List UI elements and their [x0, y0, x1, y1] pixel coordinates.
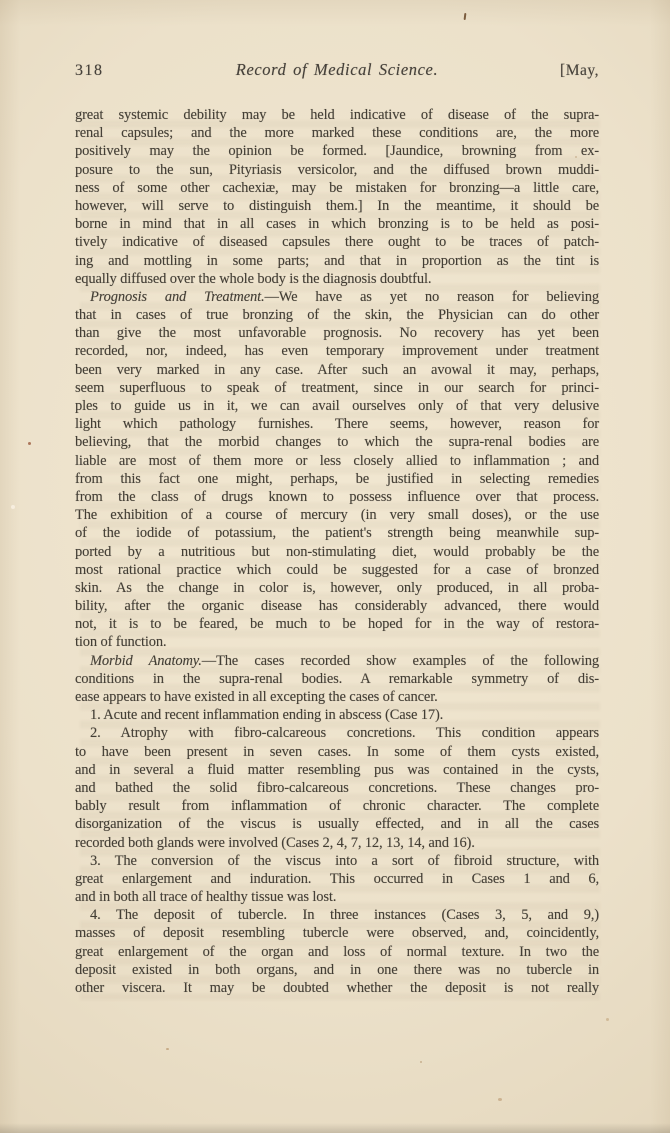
text-line: 2. Atrophy with fibro-calcareous concret… [75, 724, 599, 742]
text-line: Prognosis and Treatment.—We have as yet … [75, 288, 599, 306]
text-line: great enlargement of the organ and loss … [75, 943, 599, 961]
paragraph: 3. The conversion of the viscus into a s… [75, 852, 599, 907]
text-line: and in several a fluid matter resembling… [75, 761, 599, 779]
paper-speck [420, 1061, 422, 1063]
scanned-page-background: 318 Record of Medical Science. [May, gre… [0, 0, 670, 1133]
text-line: recorded both glands were involved (Case… [75, 834, 599, 852]
paper-speck [498, 1098, 502, 1101]
text-line: than give the most unfavorable prognosis… [75, 324, 599, 342]
text-line: masses of deposit resembling tubercle we… [75, 924, 599, 942]
issue-month-label: [May, [560, 62, 599, 80]
page-number: 318 [75, 62, 104, 80]
text-line: from this fact one might, perhaps, be ju… [75, 470, 599, 488]
text-line: great enlargement and induration. This o… [75, 870, 599, 888]
text-line: tively indicative of diseased capsules t… [75, 233, 599, 251]
text-line: most rational practice which could be su… [75, 561, 599, 579]
paragraph: great systemic debility may be held indi… [75, 106, 599, 288]
paper-speck [166, 1048, 169, 1050]
text-line: from the class of drugs known to possess… [75, 488, 599, 506]
italic-lead: Prognosis and Treatment. [90, 289, 265, 305]
italic-lead: Morbid Anatomy. [90, 653, 202, 669]
text-line: The exhibition of a course of mercury (i… [75, 506, 599, 524]
text-line: however, will serve to distinguish them.… [75, 197, 599, 215]
text-line: been very marked in any case. After such… [75, 361, 599, 379]
text-line: deposit existed in both organs, and in o… [75, 961, 599, 979]
text-line: believing, that the morbid changes to wh… [75, 433, 599, 451]
page-header: 318 Record of Medical Science. [May, [75, 60, 599, 80]
paragraph: 1. Acute and recent inflammation ending … [75, 706, 599, 724]
text-line: conditions in the supra-renal bodies. A … [75, 670, 599, 688]
text-line: 3. The conversion of the viscus into a s… [75, 852, 599, 870]
paper-speck [11, 505, 15, 509]
text-block: great systemic debility may be held indi… [75, 106, 599, 997]
text-line: seem superfluous to speak of treatment, … [75, 379, 599, 397]
text-line: positively may the opinion be formed. [J… [75, 142, 599, 160]
text-line: great systemic debility may be held indi… [75, 106, 599, 124]
text-line: posure to the sun, Pityriasis versicolor… [75, 161, 599, 179]
text-line: liable are most of them more or less clo… [75, 452, 599, 470]
paragraph: Prognosis and Treatment.—We have as yet … [75, 288, 599, 652]
text-line: light which pathology furnishes. There s… [75, 415, 599, 433]
text-line: borne in mind that in all cases in which… [75, 215, 599, 233]
text-line: that in cases of true bronzing of the sk… [75, 306, 599, 324]
text-line: ported by a nutritious but non-stimulati… [75, 543, 599, 561]
text-line: 1. Acute and recent inflammation ending … [75, 706, 599, 724]
paragraph: 4. The deposit of tubercle. In three ins… [75, 906, 599, 997]
text-line: bility, after the organic disease has co… [75, 597, 599, 615]
ink-mark [464, 13, 467, 20]
text-line: Morbid Anatomy.—The cases recorded show … [75, 652, 599, 670]
text-line: of the iodide of potassium, the patient'… [75, 524, 599, 542]
text-line: equally diffused over the whole body is … [75, 270, 599, 288]
text-line: and bathed the solid fibro-calcareous co… [75, 779, 599, 797]
text-line: disorganization of the viscus is usually… [75, 815, 599, 833]
text-line: recorded, nor, indeed, has even temporar… [75, 342, 599, 360]
text-line: ing and mottling in some parts; and that… [75, 252, 599, 270]
paragraph: 2. Atrophy with fibro-calcareous concret… [75, 724, 599, 851]
paper-speck [606, 1018, 609, 1021]
text-line: to have been present in seven cases. In … [75, 743, 599, 761]
paper-speck [28, 442, 31, 445]
text-line: not, it is to be feared, be much to be h… [75, 615, 599, 633]
text-line: bably result from inflammation of chroni… [75, 797, 599, 815]
text-line: tion of function. [75, 633, 599, 651]
text-line: ples to guide us in it, we can avail our… [75, 397, 599, 415]
paragraph: Morbid Anatomy.—The cases recorded show … [75, 652, 599, 707]
text-line: ease appears to have existed in all exce… [75, 688, 599, 706]
text-line: 4. The deposit of tubercle. In three ins… [75, 906, 599, 924]
text-line: skin. As the change in color is, however… [75, 579, 599, 597]
text-line: and in both all trace of healthy tissue … [75, 888, 599, 906]
running-title: Record of Medical Science. [236, 60, 438, 80]
text-line: renal capsules; and the more marked thes… [75, 124, 599, 142]
text-line: other viscera. It may be doubted whether… [75, 979, 599, 997]
text-line: ness of some other cachexiæ, may be mist… [75, 179, 599, 197]
